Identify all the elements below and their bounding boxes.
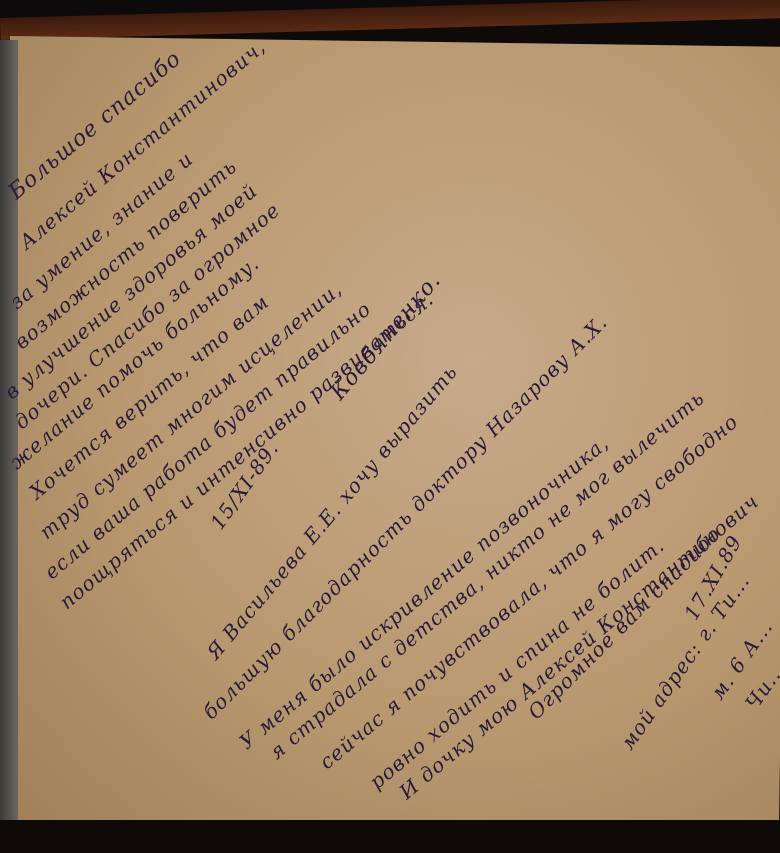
background-dark-bottom xyxy=(0,820,780,853)
page-left-edge xyxy=(0,40,18,830)
